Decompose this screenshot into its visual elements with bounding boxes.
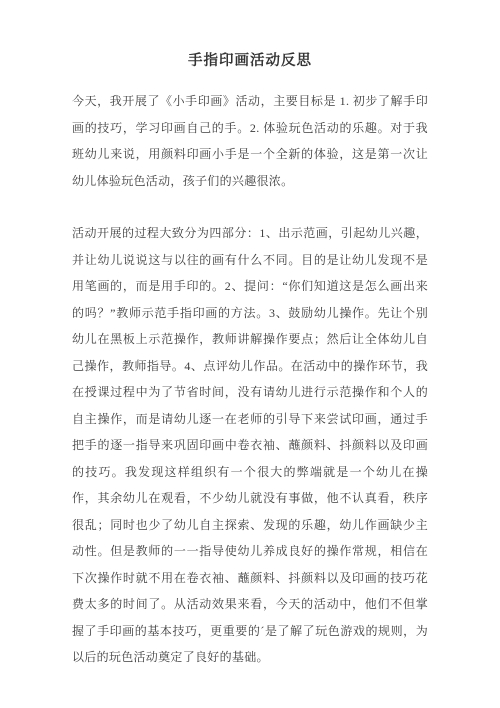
document-page: 手指印画活动反思 今天，我开展了《小手印画》活动，主要目标是 1. 初步了解手印… bbox=[0, 0, 500, 708]
document-title: 手指印画活动反思 bbox=[72, 50, 428, 72]
paragraph-intro: 今天，我开展了《小手印画》活动，主要目标是 1. 初步了解手印画的技巧，学习印画… bbox=[72, 88, 428, 194]
paragraph-reflection: 活动开展的过程大致分为四部分：1、出示范画，引起幼儿兴趣，并让幼儿说说这与以往的… bbox=[72, 220, 428, 671]
